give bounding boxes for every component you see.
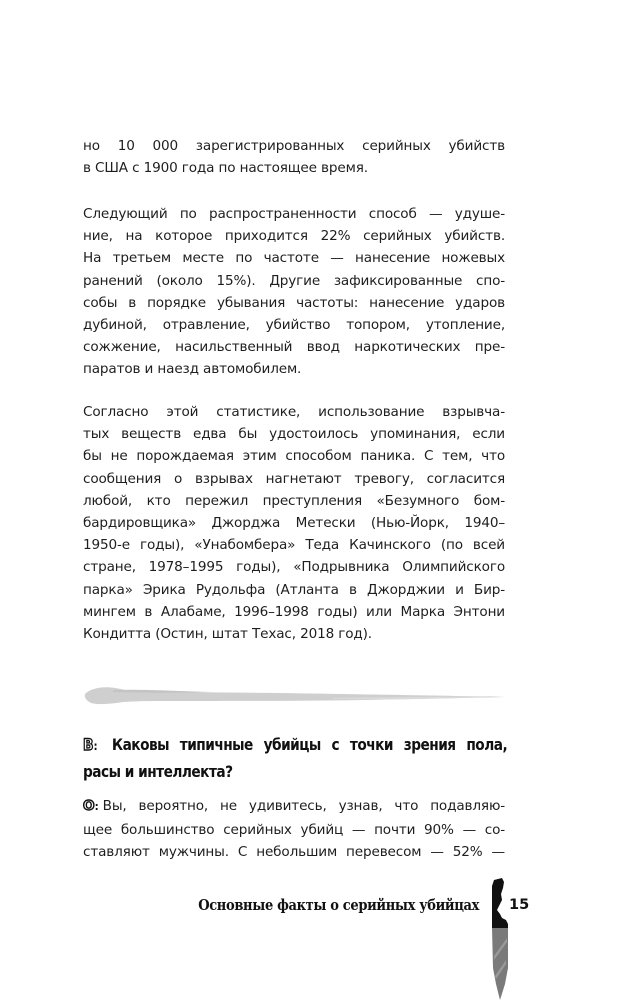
text-line: На третьем месте по частоте — нанесение … bbox=[83, 247, 505, 269]
question-heading: В: Каковы типичные убийцы с точки зрения… bbox=[83, 732, 507, 785]
answer-marker-icon: О: bbox=[83, 795, 99, 819]
text-line: Кондитта (Остин, штат Техас, 2018 год). bbox=[83, 623, 505, 645]
text-line: дубиной, отравление, убийство топором, у… bbox=[83, 314, 505, 336]
text-line: паратов и наезд автомобилем. bbox=[83, 358, 505, 380]
text-line: сожжение, насильственный ввод наркотичес… bbox=[83, 336, 505, 358]
question-line: расы и интеллекта? bbox=[83, 759, 507, 785]
paragraph-3: Согласно этой статистике, использование … bbox=[83, 401, 505, 645]
page-number: 15 bbox=[509, 897, 529, 913]
paragraph-2: Следующий по распространенности способ —… bbox=[83, 203, 505, 381]
text-line: бардировщика» Джорджа Метески (Нью-Йорк,… bbox=[83, 512, 505, 534]
question-line: В: Каковы типичные убийцы с точки зрения… bbox=[83, 732, 507, 759]
text-line: любой, кто пережил преступления «Безумно… bbox=[83, 490, 505, 512]
text-line: парка» Эрика Рудольфа (Атланта в Джорджи… bbox=[83, 579, 505, 601]
text-line: ранений (около 15%). Другие зафиксирован… bbox=[83, 270, 505, 292]
text-line: тых веществ едва бы удостоилось упоминан… bbox=[83, 423, 505, 445]
text-line: бы не порождаемая этим способом паника. … bbox=[83, 445, 505, 467]
text-line: Согласно этой статистике, использование … bbox=[83, 401, 505, 423]
text-line: сообщения о взрывах нагнетают тревогу, с… bbox=[83, 468, 505, 490]
paragraph-1: но 10 000 зарегистрированных серийных уб… bbox=[83, 135, 505, 179]
text-line: мингем в Алабаме, 1996–1998 годы) или Ма… bbox=[83, 601, 505, 623]
text-line: ние, на которое приходится 22% серийных … bbox=[83, 225, 505, 247]
running-footer-title: Основные факты о серийных убийцах bbox=[198, 897, 479, 914]
question-marker-icon: В: bbox=[83, 732, 98, 759]
answer-line: О:Вы, вероятно, не удивитесь, узнав, что… bbox=[83, 795, 505, 819]
text-line: Следующий по распространенности способ —… bbox=[83, 203, 505, 225]
text-line: стране, 1978–1995 годы), «Подрывника Оли… bbox=[83, 556, 505, 578]
text-line: собы в порядке убывания частоты: нанесен… bbox=[83, 292, 505, 314]
answer-line: ставляют мужчины. С небольшим перевесом … bbox=[83, 841, 505, 863]
knife-icon bbox=[490, 878, 510, 1000]
text-line: в США с 1900 года по настоящее время. bbox=[83, 157, 505, 179]
book-page: но 10 000 зарегистрированных серийных уб… bbox=[0, 0, 631, 1000]
answer-paragraph: О:Вы, вероятно, не удивитесь, узнав, что… bbox=[83, 795, 505, 864]
text-line: но 10 000 зарегистрированных серийных уб… bbox=[83, 135, 505, 157]
text-line: 1950-е годы), «Унабомбера» Теда Качинско… bbox=[83, 534, 505, 556]
brush-stroke-divider bbox=[83, 680, 508, 712]
answer-line: щее большинство серийных убийц — почти 9… bbox=[83, 819, 505, 841]
